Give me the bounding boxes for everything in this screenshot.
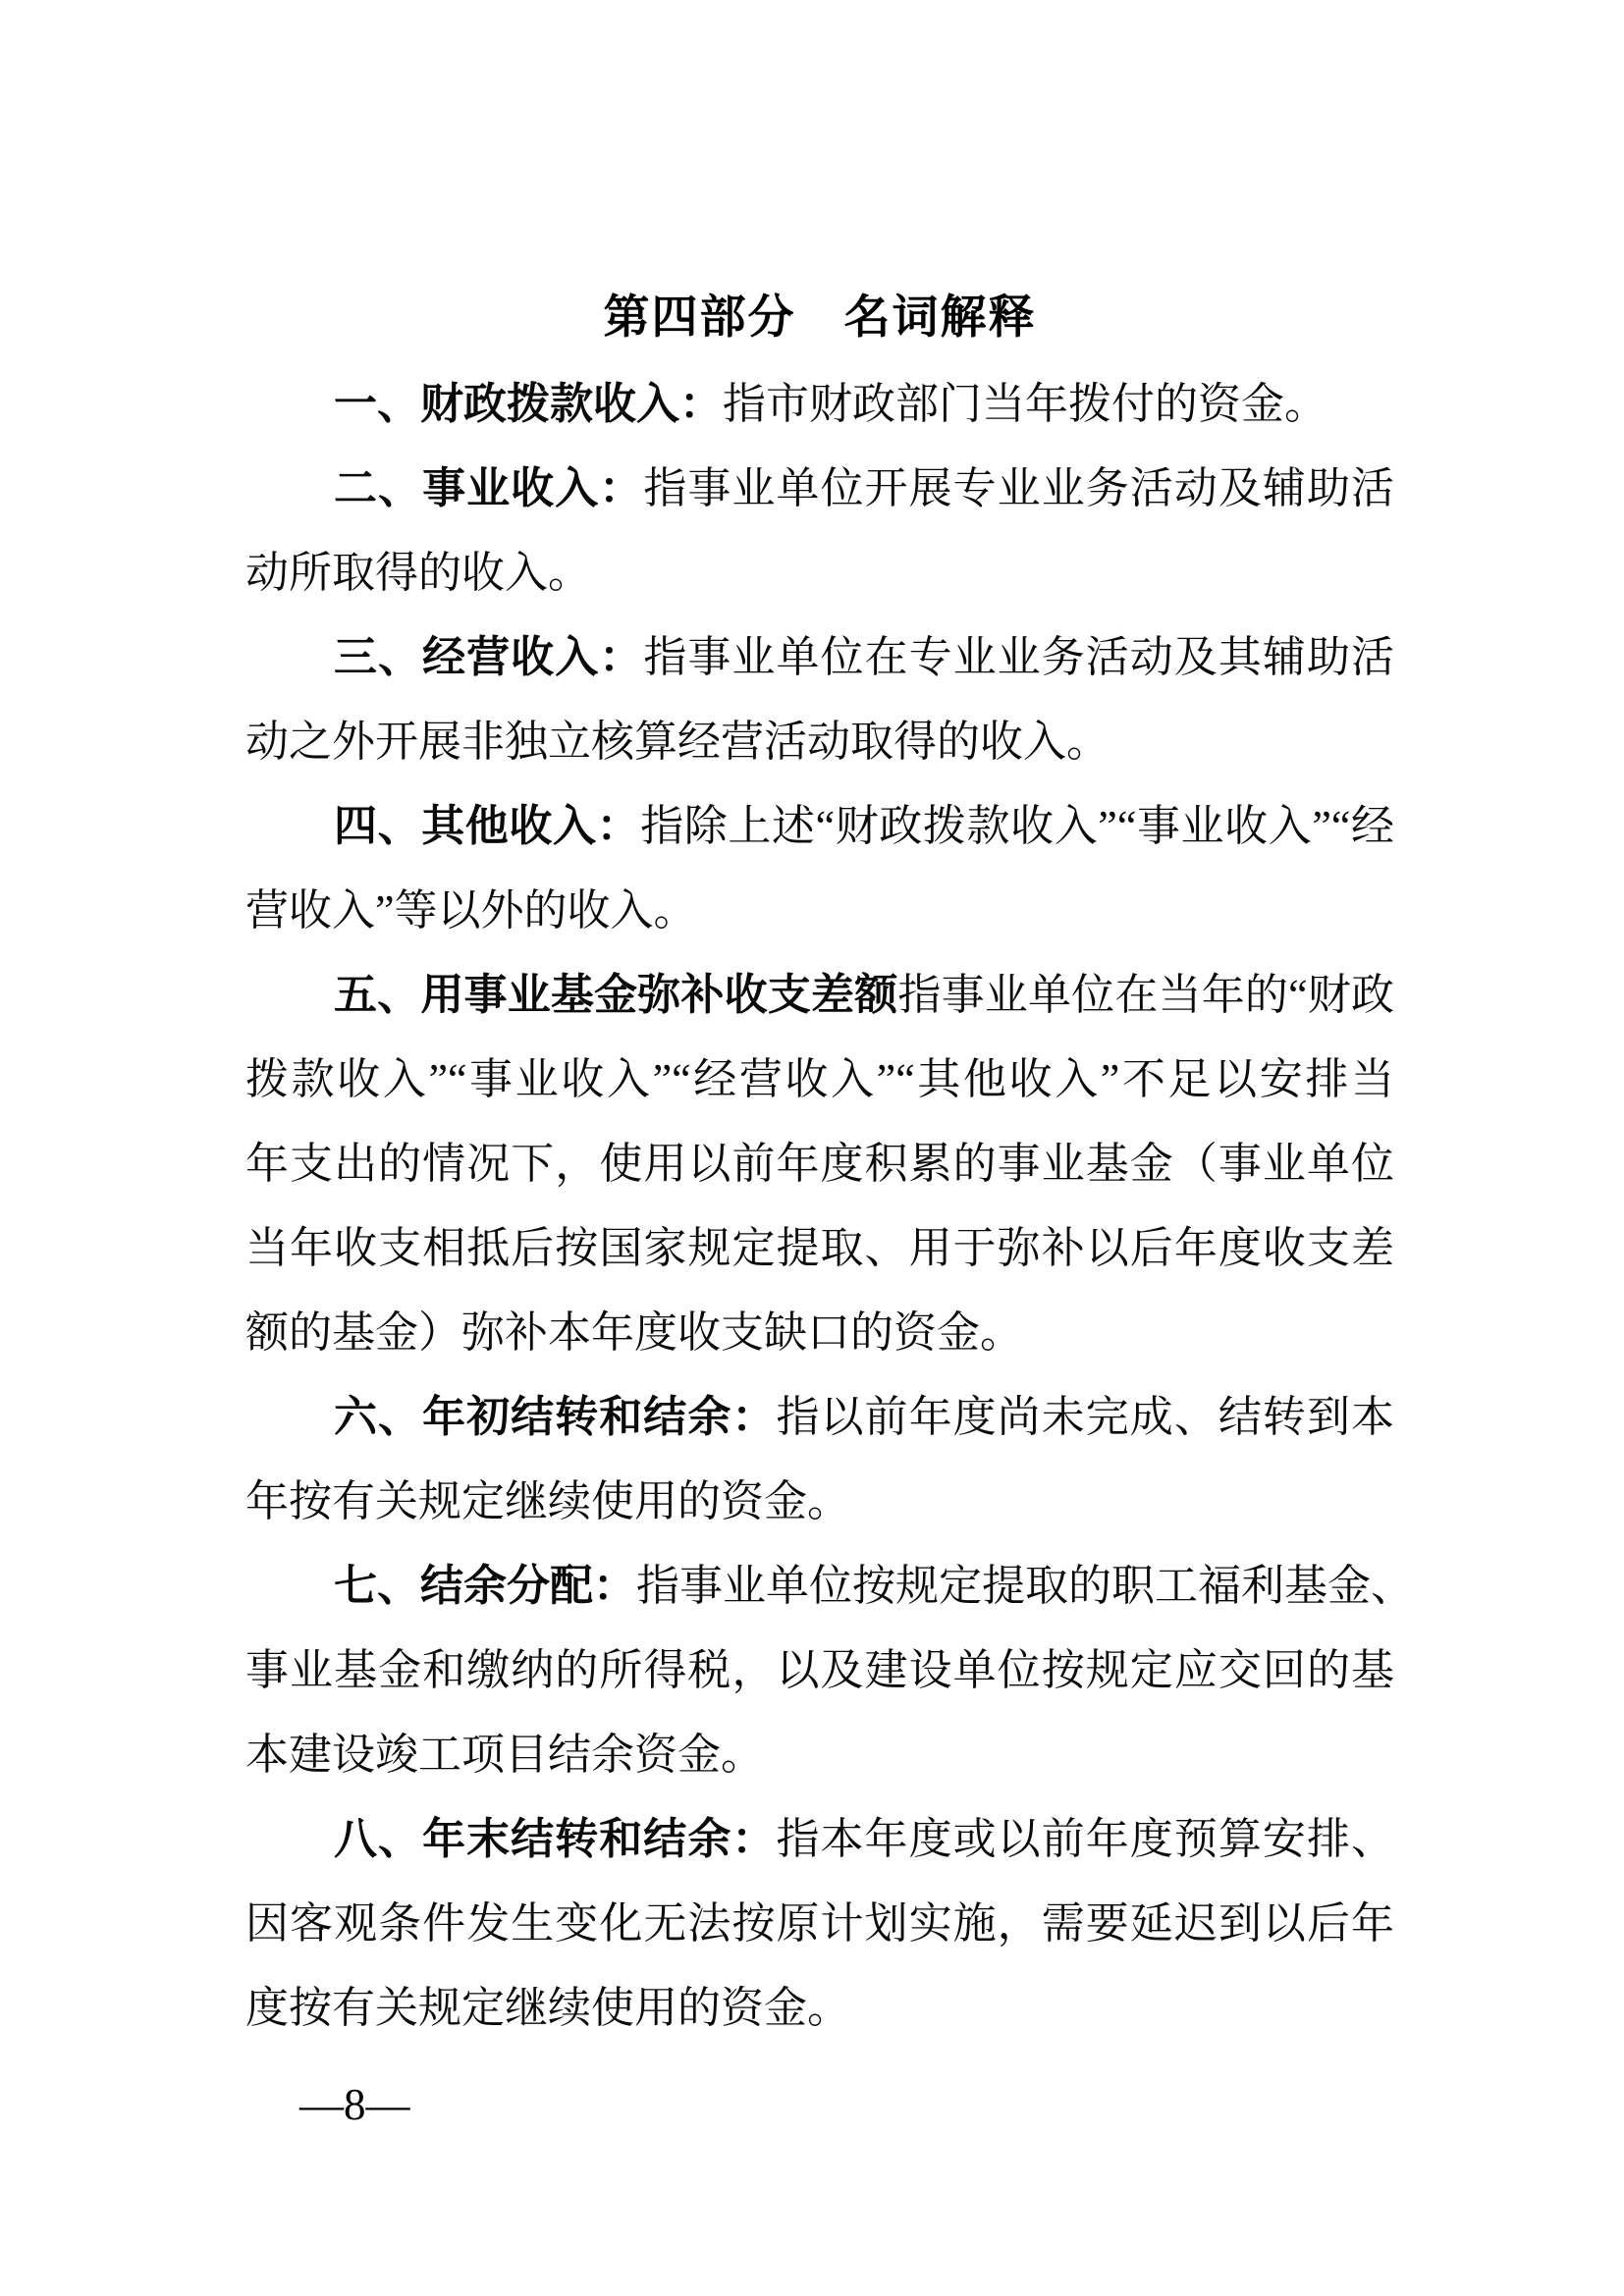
paragraph-line: 度按有关规定继续使用的资金。	[245, 1966, 1394, 2051]
paragraph-line: 因客观条件发生变化无法按原计划实施，需要延迟到以后年	[245, 1882, 1394, 1966]
line-text: 指本年度或以前年度预算安排、	[776, 1815, 1394, 1863]
paragraph-line: 一、财政拨款收入：指市财政部门当年拨付的资金。	[245, 362, 1394, 447]
paragraph-line: 动之外开展非独立核算经营活动取得的收入。	[245, 700, 1394, 784]
line-text: 指市财政部门当年拨付的资金。	[723, 380, 1327, 428]
paragraph-line: 营收入”等以外的收入。	[245, 869, 1394, 953]
paragraph-line: 八、年末结转和结余：指本年度或以前年度预算安排、	[245, 1797, 1394, 1882]
line-text: 指事业单位在当年的“财政	[897, 971, 1394, 1019]
line-text: 指事业单位按规定提取的职工福利基金、	[636, 1562, 1414, 1610]
paragraph-line: 动所取得的收入。	[245, 531, 1394, 615]
term-lead: 一、财政拨款收入：	[334, 380, 723, 428]
paragraph-line: 年按有关规定继续使用的资金。	[245, 1460, 1394, 1544]
paragraph-line: 二、事业收入：指事业单位开展专业业务活动及辅助活	[245, 447, 1394, 531]
paragraph-line: 拨款收入”“事业收入”“经营收入”“其他收入”不足以安排当	[245, 1038, 1394, 1122]
line-text: 本建设竣工项目结余资金。	[245, 1731, 764, 1779]
term-lead: 二、事业收入：	[334, 464, 643, 512]
term-lead: 六、年初结转和结余：	[334, 1393, 776, 1441]
document-body: 一、财政拨款收入：指市财政部门当年拨付的资金。 二、事业收入：指事业单位开展专业…	[245, 362, 1394, 2051]
line-text: 动所取得的收入。	[245, 549, 591, 597]
line-text: 指以前年度尚未完成、结转到本	[776, 1393, 1394, 1441]
paragraph-line: 六、年初结转和结余：指以前年度尚未完成、结转到本	[245, 1375, 1394, 1460]
line-text: 事业基金和缴纳的所得税，以及建设单位按规定应交回的基	[245, 1646, 1394, 1694]
line-text: 年支出的情况下，使用以前年度积累的事业基金（事业单位	[245, 1140, 1394, 1188]
page-number: —8—	[299, 2083, 410, 2127]
line-text: 营收入”等以外的收入。	[245, 886, 697, 934]
paragraph-line: 七、结余分配：指事业单位按规定提取的职工福利基金、	[245, 1544, 1394, 1629]
line-text: 拨款收入”“事业收入”“经营收入”“其他收入”不足以安排当	[245, 1055, 1394, 1103]
paragraph-line: 当年收支相抵后按国家规定提取、用于弥补以后年度收支差	[245, 1206, 1394, 1291]
term-lead: 三、经营收入：	[334, 633, 643, 681]
section-title: 第四部分 名词解释	[245, 289, 1394, 346]
line-text: 动之外开展非独立核算经营活动取得的收入。	[245, 718, 1110, 766]
line-text: 指事业单位在专业业务活动及其辅助活	[643, 633, 1394, 681]
line-text: 度按有关规定继续使用的资金。	[245, 1984, 850, 2032]
line-text: 指除上述“财政拨款收入”“事业收入”“经	[640, 802, 1394, 850]
line-text: 年按有关规定继续使用的资金。	[245, 1477, 850, 1525]
paragraph-line: 年支出的情况下，使用以前年度积累的事业基金（事业单位	[245, 1122, 1394, 1206]
document-page: 第四部分 名词解释 一、财政拨款收入：指市财政部门当年拨付的资金。 二、事业收入…	[0, 0, 1624, 2296]
line-text: 因客观条件发生变化无法按原计划实施，需要延迟到以后年	[245, 1899, 1394, 1948]
paragraph-line: 额的基金）弥补本年度收支缺口的资金。	[245, 1291, 1394, 1375]
term-lead: 四、其他收入：	[334, 802, 640, 850]
paragraph-line: 四、其他收入：指除上述“财政拨款收入”“事业收入”“经	[245, 784, 1394, 869]
term-lead: 五、用事业基金弥补收支差额	[334, 971, 897, 1019]
paragraph-line: 五、用事业基金弥补收支差额指事业单位在当年的“财政	[245, 953, 1394, 1038]
paragraph-line: 本建设竣工项目结余资金。	[245, 1713, 1394, 1797]
line-text: 指事业单位开展专业业务活动及辅助活	[643, 464, 1394, 512]
paragraph-line: 三、经营收入：指事业单位在专业业务活动及其辅助活	[245, 615, 1394, 700]
term-lead: 七、结余分配：	[334, 1562, 636, 1610]
term-lead: 八、年末结转和结余：	[334, 1815, 776, 1863]
line-text: 额的基金）弥补本年度收支缺口的资金。	[245, 1308, 1023, 1357]
line-text: 当年收支相抵后按国家规定提取、用于弥补以后年度收支差	[245, 1224, 1394, 1272]
paragraph-line: 事业基金和缴纳的所得税，以及建设单位按规定应交回的基	[245, 1629, 1394, 1713]
